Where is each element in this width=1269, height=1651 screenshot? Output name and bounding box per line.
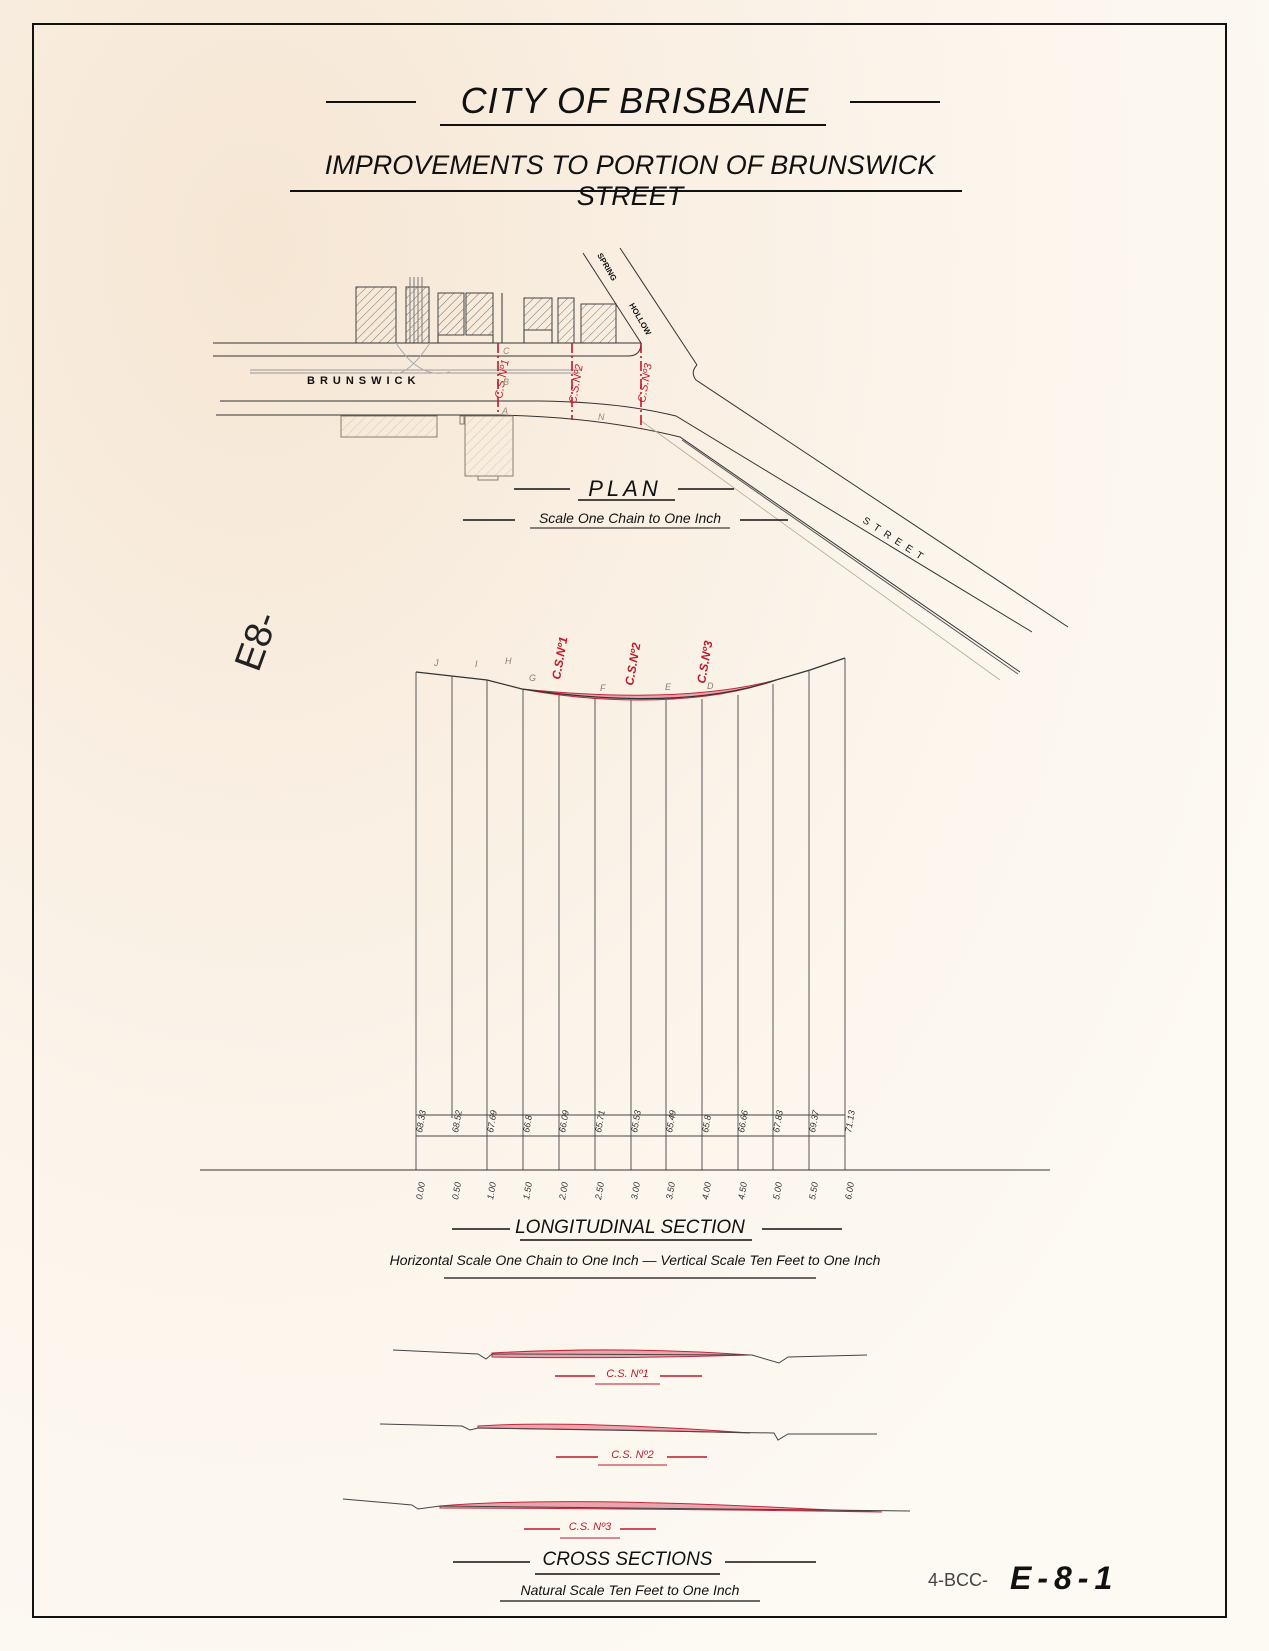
chainage-labels: 0.00 0.50 1.00 1.50 2.00 2.50 3.00 3.50 … <box>414 1181 856 1201</box>
svg-text:3.00: 3.00 <box>629 1181 642 1200</box>
svg-text:4.50: 4.50 <box>736 1181 749 1200</box>
plan-title: PLAN <box>570 476 680 502</box>
svg-text:2.50: 2.50 <box>593 1181 606 1201</box>
cross-section-3 <box>343 1499 910 1538</box>
svg-text:4.00: 4.00 <box>700 1181 713 1200</box>
drawing-canvas: BRUNSWICK SPRING HOLLOW STREET C.S.Nº1 C… <box>0 0 1269 1651</box>
svg-text:0.00: 0.00 <box>414 1181 427 1200</box>
street-label-street: STREET <box>860 515 929 565</box>
plan-point-n: N <box>598 412 605 422</box>
cs3-label: C.S. Nº3 <box>560 1521 620 1533</box>
svg-text:E: E <box>665 682 672 692</box>
svg-text:F: F <box>600 683 606 693</box>
svg-text:0.50: 0.50 <box>450 1181 463 1200</box>
street-label-hollow: HOLLOW <box>627 302 653 338</box>
svg-text:J: J <box>433 658 439 668</box>
svg-text:3.50: 3.50 <box>664 1181 677 1200</box>
svg-text:65.8: 65.8 <box>700 1114 713 1133</box>
cross-sections-title: CROSS SECTIONS <box>530 1549 725 1571</box>
plan-cs3-label: C.S.Nº3 <box>636 362 655 404</box>
long-cs3-label: C.S.Nº3 <box>694 639 715 684</box>
long-cs1-label: C.S.Nº1 <box>549 635 570 680</box>
longitudinal-section <box>200 658 1050 1170</box>
svg-text:2.00: 2.00 <box>557 1181 570 1201</box>
plan-point-a: A <box>501 406 508 416</box>
svg-text:1.00: 1.00 <box>485 1181 498 1200</box>
svg-text:66.8: 66.8 <box>521 1114 534 1133</box>
street-label-brunswick: BRUNSWICK <box>307 375 420 387</box>
svg-text:5.50: 5.50 <box>807 1181 820 1200</box>
elevation-labels: 68.33 68.52 67.69 66.8 66.09 65.71 65.53… <box>414 1108 857 1133</box>
longitudinal-scale: Horizontal Scale One Chain to One Inch —… <box>340 1252 930 1268</box>
long-cs2-label: C.S.Nº2 <box>622 641 643 686</box>
reference-code: E-8-1 <box>1010 1560 1118 1597</box>
plan-point-c: C <box>503 346 510 356</box>
svg-text:I: I <box>475 659 478 669</box>
plan-point-b: B <box>503 377 509 387</box>
svg-text:G: G <box>529 673 536 683</box>
reference-prefix: 4-BCC- <box>928 1570 988 1591</box>
cs2-label: C.S. Nº2 <box>598 1449 667 1461</box>
plan-scale: Scale One Chain to One Inch <box>520 510 740 526</box>
svg-text:H: H <box>505 656 512 666</box>
svg-text:1.50: 1.50 <box>521 1181 534 1200</box>
longitudinal-point-labels: J I H G F E D <box>433 656 714 693</box>
svg-text:6.00: 6.00 <box>843 1181 856 1200</box>
svg-text:5.00: 5.00 <box>771 1181 784 1200</box>
longitudinal-title: LONGITUDINAL SECTION <box>505 1217 755 1239</box>
cross-sections-scale: Natural Scale Ten Feet to One Inch <box>500 1582 760 1598</box>
cs1-label: C.S. Nº1 <box>595 1368 660 1380</box>
